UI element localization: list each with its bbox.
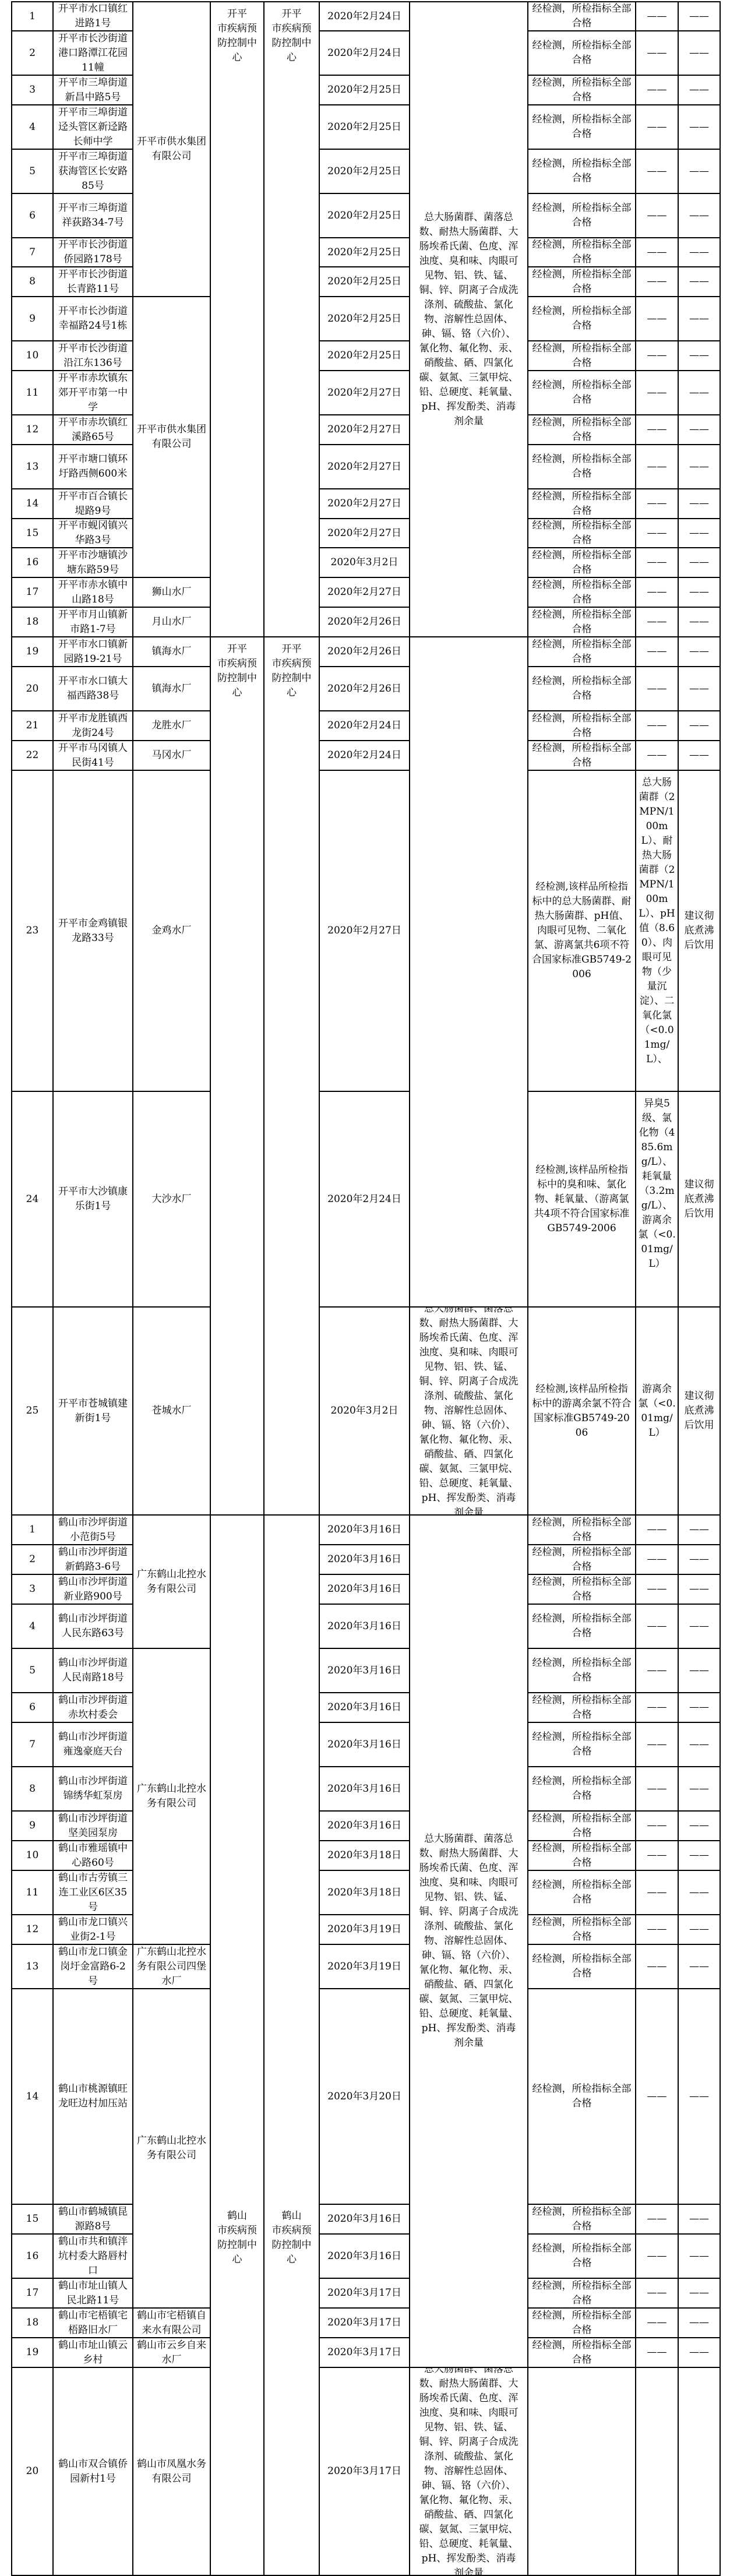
row-number-cell: 7 [12,238,54,267]
test-result-cell: 经检测，所检指标全部合格 [528,1841,636,1871]
test-result-cell: 经检测，所检指标全部合格 [528,1575,636,1605]
dash-cell: —— [636,445,679,489]
dash-cell: —— [679,105,721,150]
water-plant-cell: 金鸡水厂 [133,771,211,1092]
dash-cell: —— [679,445,721,489]
dash-cell: —— [636,667,679,711]
address-cell: 鹤山市沙坪街道坚美园泵房 [54,1812,133,1841]
test-result-cell: 经检测，所检指标全部合格 [528,1989,636,2205]
address-cell: 鹤山市沙坪街道人民东路63号 [54,1605,133,1649]
test-result-cell: 经检测，所检指标全部合格 [528,1605,636,1649]
sampling-date-cell: 2020年3月17日 [320,2279,410,2309]
water-quality-table: 1234567891011121314151617181920212223242… [11,1,721,2576]
test-result-cell: 经检测，所检指标全部合格 [528,445,636,489]
dash-cell: —— [679,1575,721,1605]
test-result-cell: 经检测，所检指标全部合格 [528,1767,636,1812]
test-items-cell: 总大肠菌群、菌落总数、耐热大肠菌群、大肠埃希氏菌、色度、浑浊度、臭和味、肉眼可见… [410,1308,528,1516]
address-cell: 鹤山市龙口镇金岗圩金富路6-2号 [54,1945,133,1989]
dash-cell: —— [636,150,679,194]
sampling-date-cell: 2020年3月16日 [320,1723,410,1767]
dash-cell: —— [636,1812,679,1841]
sampling-date-cell: 2020年3月18日 [320,1841,410,1871]
dash-cell: —— [636,519,679,548]
dash-cell: —— [636,76,679,105]
row-number-cell: 1 [12,1516,54,1545]
dash-cell: —— [636,297,679,341]
water-plant-cell: 鹤山市凤凰水务有限公司 [133,2368,211,2576]
address-cell: 鹤山市沙坪街道雍逸豪庭天台 [54,1723,133,1767]
row-number-cell: 1 [12,2,54,31]
sampling-date-cell: 2020年3月16日 [320,1545,410,1575]
address-cell: 开平市塘口镇环圩路西侧600米 [54,445,133,489]
row-number-cell: 4 [12,105,54,150]
test-result-cell: 经检测，所检指标全部合格 [528,1649,636,1693]
dash-cell: —— [636,1545,679,1575]
address-cell: 开平市蚬冈镇兴华路3号 [54,519,133,548]
test-result-cell: 经检测，所检指标全部合格 [528,1871,636,1915]
sampling-date-cell: 2020年2月25日 [320,194,410,238]
sampling-date-cell: 2020年3月16日 [320,2235,410,2279]
dash-cell: —— [636,2279,679,2309]
sampling-date-cell: 2020年2月24日 [320,1092,410,1308]
address-cell: 鹤山市双合镇侨园新村1号 [54,2368,133,2576]
address-cell: 开平市大沙镇康乐街1号 [54,1092,133,1308]
sampling-unit-cell: 开平 市疾病预防控制中心 [211,637,265,1516]
dash-cell: —— [679,1812,721,1841]
sampling-date-cell: 2020年3月16日 [320,1693,410,1723]
sampling-date-cell: 2020年3月16日 [320,1575,410,1605]
row-number-cell: 19 [12,2338,54,2368]
dash-cell: —— [636,489,679,519]
dash-cell: —— [636,1841,679,1871]
row-number-cell: 18 [12,608,54,637]
sampling-date-cell: 2020年3月17日 [320,2338,410,2368]
dash-cell: —— [636,1989,679,2205]
address-cell: 鹤山市雅瑶镇中心路60号 [54,1841,133,1871]
sampling-date-cell: 2020年3月16日 [320,1516,410,1545]
test-result-cell: 经检测，所检指标全部合格 [528,267,636,297]
test-result-cell: 经检测，所检指标全部合格 [528,2,636,31]
test-result-cell: 经检测，所检指标全部合格 [528,371,636,415]
row-number-cell: 13 [12,445,54,489]
dash-cell: —— [636,371,679,415]
address-cell: 鹤山市宅梧镇宅梧路旧水厂 [54,2309,133,2338]
row-number-cell: 17 [12,2279,54,2309]
address-cell: 鹤山市古劳镇三连工业区6区35号 [54,1871,133,1915]
dash-cell: —— [636,1575,679,1605]
sampling-date-cell: 2020年2月27日 [320,519,410,548]
dash-cell: —— [679,2279,721,2309]
test-result-cell: 经检测，所检指标全部合格 [528,608,636,637]
dash-cell: —— [679,489,721,519]
test-result-cell: 经检测，所检指标全部合格 [528,519,636,548]
dash-cell: —— [636,1945,679,1989]
test-result-cell: 经检测，所检指标全部合格 [528,667,636,711]
dash-cell: —— [636,2235,679,2279]
dash-cell: —— [636,1871,679,1915]
dash-cell: —— [636,1767,679,1812]
dash-cell: —— [636,194,679,238]
address-cell: 鹤山市沙坪街道赤坎村委会 [54,1693,133,1723]
address-cell: 开平市长沙街道侨园路178号 [54,238,133,267]
dash-cell: —— [679,1649,721,1693]
test-result-cell: 经检测，所检指标全部合格 [528,741,636,771]
sampling-date-cell: 2020年2月26日 [320,637,410,667]
test-result-cell: 经检测，所检指标全部合格 [528,297,636,341]
test-items-cell: 总大肠菌群、菌落总数、耐热大肠菌群、大肠埃希氏菌、色度、浑浊度、臭和味、肉眼可见… [410,1516,528,2368]
test-result-cell: 经检测,该样品所检指标中的游离余氯不符合国家标准GB5749-2006 [528,1308,636,1516]
dash-cell: —— [636,31,679,76]
dash-cell: —— [679,1516,721,1545]
dash-cell: —— [679,711,721,741]
sampling-date-cell: 2020年2月27日 [320,578,410,608]
water-plant-cell: 龙胜水厂 [133,711,211,741]
dash-cell: —— [636,1693,679,1723]
row-number-cell: 20 [12,667,54,711]
row-number-cell: 21 [12,711,54,741]
address-cell: 开平市三埠街道祥荻路34-7号 [54,194,133,238]
dash-cell: —— [679,667,721,711]
dash-cell: —— [679,267,721,297]
water-plant-cell: 大沙水厂 [133,1092,211,1308]
dash-cell: —— [679,1723,721,1767]
sampling-date-cell: 2020年2月24日 [320,741,410,771]
sampling-date-cell: 2020年2月25日 [320,297,410,341]
address-cell: 鹤山市沙坪街道锦绣华虹泵房 [54,1767,133,1812]
address-cell: 开平市马冈镇人民街41号 [54,741,133,771]
water-plant-cell: 开平市供水集团有限公司 [133,2,211,297]
row-number-cell: 15 [12,2205,54,2235]
row-number-cell: 18 [12,2309,54,2338]
water-plant-cell: 广东鹤山北控水务有限公司四堡水厂 [133,1945,211,1989]
test-result-cell: 经检测，所检指标全部合格 [528,105,636,150]
sampling-date-cell: 2020年3月19日 [320,1945,410,1989]
test-result-cell: 经检测，所检指标全部合格 [528,1693,636,1723]
row-number-cell: 23 [12,771,54,1092]
dash-cell: —— [679,1545,721,1575]
dash-cell: —— [679,341,721,371]
address-cell: 开平市赤坎镇东郊开平市第一中学 [54,371,133,415]
dash-cell: —— [679,1693,721,1723]
row-number-cell: 14 [12,1989,54,2205]
address-cell: 开平市长沙街道幸福路24号1栋 [54,297,133,341]
row-number-cell: 12 [12,415,54,445]
address-cell: 开平市长沙街道沿江东136号 [54,341,133,371]
row-number-cell: 20 [12,2368,54,2576]
sampling-date-cell: 2020年2月26日 [320,608,410,637]
test-result-cell: 经检测，所检指标全部合格 [528,1723,636,1767]
sampling-date-cell: 2020年2月26日 [320,667,410,711]
row-number-cell: 17 [12,578,54,608]
test-result-cell: 经检测，所检指标全部合格 [528,489,636,519]
address-cell: 鹤山市址山镇云乡村 [54,2338,133,2368]
dash-cell: —— [679,238,721,267]
test-result-cell: 经检测，所检指标全部合格 [528,1812,636,1841]
test-result-cell: 经检测，所检指标全部合格 [528,238,636,267]
dash-cell: —— [679,1945,721,1989]
sampling-date-cell: 2020年2月27日 [320,489,410,519]
dash-cell: —— [679,415,721,445]
suggestion-cell [679,2368,721,2576]
sampling-date-cell: 2020年3月2日 [320,1308,410,1516]
sampling-unit-cell: 鹤山 市疾病预防控制中心 [211,1516,265,2576]
row-number-cell: 9 [12,297,54,341]
row-number-cell: 25 [12,1308,54,1516]
suggestion-cell: 建议彻底煮沸后饮用 [679,1092,721,1308]
sampling-date-cell: 2020年3月19日 [320,1915,410,1945]
row-number-cell: 9 [12,1812,54,1841]
dash-cell: —— [636,105,679,150]
row-number-cell: 6 [12,194,54,238]
testing-unit-cell: 开平 市疾病预防控制中心 [265,637,320,1516]
address-cell: 开平市水口镇红进路1号 [54,2,133,31]
dash-cell: —— [679,2338,721,2368]
row-number-cell: 8 [12,1767,54,1812]
dash-cell: —— [636,2,679,31]
row-number-cell: 13 [12,1945,54,1989]
testing-unit-cell: 开平 市疾病预防控制中心 [265,2,320,637]
dash-cell: —— [679,1767,721,1812]
row-number-cell: 7 [12,1723,54,1767]
sampling-date-cell: 2020年2月27日 [320,445,410,489]
address-cell: 开平市长沙街道港口路潭江花园11幢 [54,31,133,76]
test-items-cell: 总大肠菌群、菌落总数、耐热大肠菌群、大肠埃希氏菌、色度、浑浊度、臭和味、肉眼可见… [410,2368,528,2576]
address-cell: 鹤山市共和镇泮坑村委大路唇村口 [54,2235,133,2279]
test-result-cell: 经检测，所检指标全部合格 [528,637,636,667]
dash-cell: —— [679,2309,721,2338]
dash-cell: —— [636,415,679,445]
sampling-date-cell: 2020年3月20日 [320,1989,410,2205]
water-plant-cell: 广东鹤山北控水务有限公司 [133,1516,211,1649]
address-cell: 鹤山市沙坪街道新鹤路3-6号 [54,1545,133,1575]
row-number-cell: 15 [12,519,54,548]
address-cell: 鹤山市桃源镇旺龙旺边村加压站 [54,1989,133,2205]
sampling-date-cell: 2020年3月16日 [320,1649,410,1693]
water-plant-cell: 月山水厂 [133,608,211,637]
water-plant-cell: 广东鹤山北控水务有限公司 [133,1649,211,1945]
dash-cell: —— [679,194,721,238]
dash-cell: —— [636,1605,679,1649]
sampling-date-cell: 2020年2月24日 [320,2,410,31]
row-number-cell: 24 [12,1092,54,1308]
row-number-cell: 11 [12,371,54,415]
row-number-cell: 5 [12,1649,54,1693]
test-result-cell: 经检测，所检指标全部合格 [528,2205,636,2235]
dash-cell: —— [636,711,679,741]
test-result-cell: 经检测,该样品所检指标中的总大肠菌群、耐热大肠菌群、pH值、肉眼可见物、二氧化氯… [528,771,636,1092]
dash-cell: —— [679,2,721,31]
test-result-cell: 经检测，所检指标全部合格 [528,2279,636,2309]
address-cell: 开平市苍城镇建新街1号 [54,1308,133,1516]
dash-cell: —— [636,238,679,267]
sampling-date-cell: 2020年2月25日 [320,341,410,371]
dash-cell: —— [636,1649,679,1693]
dash-cell: —— [679,1989,721,2205]
dash-cell: —— [636,1723,679,1767]
test-result-cell: 经检测，所检指标全部合格 [528,2235,636,2279]
row-number-cell: 22 [12,741,54,771]
address-cell: 开平市赤水镇中山路18号 [54,578,133,608]
test-result-cell: 经检测，所检指标全部合格 [528,415,636,445]
water-plant-cell: 狮山水厂 [133,578,211,608]
sampling-date-cell: 2020年2月24日 [320,711,410,741]
test-result-cell: 经检测，所检指标全部合格 [528,341,636,371]
dash-cell: —— [636,2338,679,2368]
test-result-cell: 经检测，所检指标全部合格 [528,2338,636,2368]
dash-cell: —— [679,637,721,667]
unqualified-value-cell: 总大肠菌群（2MPN/100mL）、耐热大肠菌群（2MPN/100mL）、pH值… [636,771,679,1092]
sampling-date-cell: 2020年2月27日 [320,771,410,1092]
row-number-cell: 8 [12,267,54,297]
test-result-cell: 经检测，所检指标全部合格 [528,1915,636,1945]
sampling-date-cell: 2020年2月25日 [320,76,410,105]
sampling-date-cell: 2020年3月17日 [320,2309,410,2338]
sampling-date-cell: 2020年2月25日 [320,105,410,150]
sampling-date-cell: 2020年3月2日 [320,548,410,578]
address-cell: 鹤山市沙坪街道新业路900号 [54,1575,133,1605]
dash-cell: —— [636,608,679,637]
dash-cell: —— [679,548,721,578]
water-plant-cell: 鹤山市云乡自来水厂 [133,2338,211,2368]
test-items-cell [410,637,528,1308]
row-number-cell: 4 [12,1605,54,1649]
test-result-cell: 经检测，所检指标全部合格 [528,578,636,608]
unqualified-value-cell: 游离余氯（<0.01mg/L） [636,1308,679,1516]
row-number-cell: 16 [12,2235,54,2279]
dash-cell: —— [679,2205,721,2235]
address-cell: 鹤山市沙坪街道小范街5号 [54,1516,133,1545]
row-number-cell: 16 [12,548,54,578]
row-number-cell: 5 [12,150,54,194]
dash-cell: —— [679,608,721,637]
sampling-date-cell: 2020年2月25日 [320,238,410,267]
dash-cell: —— [636,267,679,297]
test-result-cell: 经检测，所检指标全部合格 [528,548,636,578]
row-number-cell: 10 [12,1841,54,1871]
address-cell: 开平市金鸡镇银龙路33号 [54,771,133,1092]
test-result-cell: 经检测，所检指标全部合格 [528,1945,636,1989]
address-cell: 鹤山市鹤城镇昆源路8号 [54,2205,133,2235]
sampling-date-cell: 2020年3月18日 [320,1871,410,1915]
dash-cell: —— [636,1915,679,1945]
sampling-date-cell: 2020年2月25日 [320,150,410,194]
sampling-unit-cell: 开平 市疾病预防控制中心 [211,2,265,637]
dash-cell: —— [636,741,679,771]
sampling-date-cell: 2020年3月16日 [320,1605,410,1649]
dash-cell: —— [679,741,721,771]
dash-cell: —— [636,637,679,667]
dash-cell: —— [636,548,679,578]
document-page: 1234567891011121314151617181920212223242… [0,1,730,2576]
sampling-date-cell: 2020年2月24日 [320,31,410,76]
suggestion-cell: 建议彻底煮沸后饮用 [679,771,721,1092]
suggestion-cell: 建议彻底煮沸后饮用 [679,1308,721,1516]
row-number-cell: 3 [12,76,54,105]
address-cell: 开平市水口镇大福西路38号 [54,667,133,711]
test-result-cell: 经检测，所检指标全部合格 [528,1516,636,1545]
address-cell: 开平市水口镇新园路19-21号 [54,637,133,667]
row-number-cell: 2 [12,31,54,76]
unqualified-value-cell [636,2368,679,2576]
sampling-date-cell: 2020年3月16日 [320,1767,410,1812]
row-number-cell: 3 [12,1575,54,1605]
water-plant-cell: 广东鹤山北控水务有限公司 [133,1989,211,2309]
sampling-date-cell: 2020年2月27日 [320,371,410,415]
dash-cell: —— [679,31,721,76]
row-number-cell: 12 [12,1915,54,1945]
water-plant-cell: 镇海水厂 [133,667,211,711]
water-plant-cell: 马冈水厂 [133,741,211,771]
test-result-cell: 经检测,该样品所检指标中的臭和味、氯化物、耗氧量、（游离氯共4项不符合国家标准G… [528,1092,636,1308]
test-result-cell: 经检测，所检指标全部合格 [528,194,636,238]
address-cell: 开平市赤坎镇红溪路65号 [54,415,133,445]
dash-cell: —— [679,1841,721,1871]
dash-cell: —— [636,2205,679,2235]
dash-cell: —— [679,1871,721,1915]
address-cell: 开平市月山镇新市路1-7号 [54,608,133,637]
test-result-cell: 经检测，所检指标全部合格 [528,31,636,76]
dash-cell: —— [679,519,721,548]
water-plant-cell: 鹤山市宅梧镇自来水有限公司 [133,2309,211,2338]
dash-cell: —— [679,1605,721,1649]
water-plant-cell: 镇海水厂 [133,637,211,667]
test-items-cell: 总大肠菌群、菌落总数、耐热大肠菌群、大肠埃希氏菌、色度、浑浊度、臭和味、肉眼可见… [410,2,528,637]
test-result-cell [528,2368,636,2576]
testing-unit-cell: 鹤山 市疾病预防控制中心 [265,1516,320,2576]
test-result-cell: 经检测，所检指标全部合格 [528,711,636,741]
dash-cell: —— [679,76,721,105]
address-cell: 鹤山市址山镇人民北路11号 [54,2279,133,2309]
address-cell: 开平市百合镇长堤路9号 [54,489,133,519]
sampling-date-cell: 2020年3月17日 [320,2368,410,2576]
row-number-cell: 14 [12,489,54,519]
row-number-cell: 10 [12,341,54,371]
address-cell: 开平市三埠街道获海管区长安路85号 [54,150,133,194]
dash-cell: —— [679,371,721,415]
sampling-date-cell: 2020年3月16日 [320,1812,410,1841]
dash-cell: —— [679,297,721,341]
address-cell: 鹤山市沙坪街道人民南路18号 [54,1649,133,1693]
water-plant-cell: 开平市供水集团有限公司 [133,297,211,578]
dash-cell: —— [679,1915,721,1945]
address-cell: 鹤山市龙口镇兴业街2-1号 [54,1915,133,1945]
test-result-cell: 经检测，所检指标全部合格 [528,76,636,105]
dash-cell: —— [636,2309,679,2338]
test-result-cell: 经检测，所检指标全部合格 [528,1545,636,1575]
row-number-cell: 19 [12,637,54,667]
row-number-cell: 6 [12,1693,54,1723]
address-cell: 开平市三埠街道新昌中路5号 [54,76,133,105]
dash-cell: —— [679,150,721,194]
sampling-date-cell: 2020年2月25日 [320,267,410,297]
unqualified-value-cell: 异臭5级、氯化物（485.6mg/L）、耗氧量（3.2mg/L）、游离余氯（<0… [636,1092,679,1308]
dash-cell: —— [636,1516,679,1545]
dash-cell: —— [636,578,679,608]
dash-cell: —— [679,2235,721,2279]
address-cell: 开平市沙塘镇沙塘东路59号 [54,548,133,578]
sampling-date-cell: 2020年2月27日 [320,415,410,445]
test-result-cell: 经检测，所检指标全部合格 [528,150,636,194]
address-cell: 开平市龙胜镇西龙街24号 [54,711,133,741]
address-cell: 开平市长沙街道长青路11号 [54,267,133,297]
row-number-cell: 2 [12,1545,54,1575]
dash-cell: —— [636,341,679,371]
dash-cell: —— [679,578,721,608]
test-result-cell: 经检测，所检指标全部合格 [528,2309,636,2338]
row-number-cell: 11 [12,1871,54,1915]
address-cell: 开平市三埠街道迳头管区新迳路长师中学 [54,105,133,150]
water-plant-cell: 苍城水厂 [133,1308,211,1516]
